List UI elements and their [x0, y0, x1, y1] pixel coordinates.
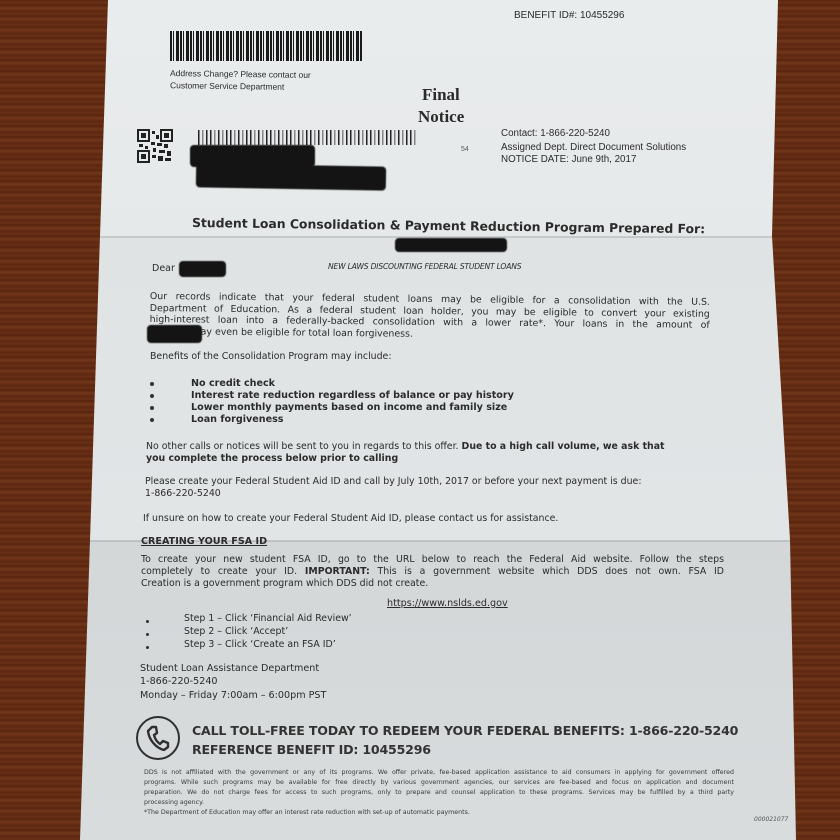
unsure-note: If unsure on how to create your Federal … — [143, 513, 558, 524]
dept-name: Student Loan Assistance Department — [140, 663, 319, 674]
fsa-step: Step 3 – Click ‘Create an FSA ID’ — [184, 639, 336, 650]
high-volume-note: you complete the process below prior to … — [146, 453, 398, 464]
no-other-calls: No other calls or notices will be sent t… — [146, 441, 665, 452]
fsa-paragraph: To create your new student FSA ID, go to… — [141, 554, 724, 590]
intro-paragraph: Our records indicate that your federal s… — [150, 291, 710, 343]
letter-page: BENEFIT ID#: 10455296 Address Change? Pl… — [0, 0, 840, 840]
salutation: Dear — [152, 263, 175, 274]
benefit-item: Lower monthly payments based on income a… — [191, 402, 507, 413]
redacted-recipient — [395, 238, 507, 252]
redacted-address — [196, 163, 386, 190]
title-notice: Notice — [418, 107, 464, 127]
benefit-id: BENEFIT ID#: 10455296 — [514, 10, 624, 21]
notice-date: NOTICE DATE: June 9th, 2017 — [501, 154, 636, 165]
postal-barcode-icon — [198, 130, 418, 145]
contact-phone: Contact: 1-866-220-5240 — [501, 128, 610, 139]
address-change-line2: Customer Service Department — [170, 80, 284, 92]
title-final: Final — [422, 85, 460, 105]
fold-crease-lower — [0, 540, 840, 542]
fsa-step: Step 2 – Click ‘Accept’ — [184, 626, 288, 637]
fsa-url-link[interactable]: https://www.nslds.ed.gov — [387, 598, 508, 609]
dept-hours: Monday – Friday 7:00am – 6:00pm PST — [140, 690, 326, 701]
benefit-item: Loan forgiveness — [191, 414, 284, 425]
dept-phone: 1-866-220-5240 — [140, 676, 218, 687]
create-id-phone: 1-866-220-5240 — [145, 488, 221, 499]
qr-code-icon — [137, 129, 173, 163]
create-id-instruction: Please create your Federal Student Aid I… — [145, 476, 641, 487]
fsa-heading: CREATING YOUR FSA ID — [141, 536, 267, 547]
barcode-icon — [170, 31, 363, 61]
disclaimer: DDS is not affiliated with the governmen… — [144, 768, 734, 818]
redacted-loan-amount — [147, 325, 202, 343]
benefits-intro: Benefits of the Consolidation Program ma… — [150, 351, 392, 362]
postal-suffix: 54 — [461, 146, 469, 153]
cta-call-line: CALL TOLL-FREE TODAY TO REDEEM YOUR FEDE… — [192, 723, 738, 738]
document-code: 000021077 — [754, 816, 788, 823]
program-heading: Student Loan Consolidation & Payment Red… — [192, 215, 705, 236]
cta-reference-line: REFERENCE BENEFIT ID: 10455296 — [192, 742, 431, 757]
benefit-item: No credit check — [191, 378, 275, 389]
redacted-salutation-name — [179, 261, 226, 277]
phone-icon — [136, 716, 180, 760]
address-change-line1: Address Change? Please contact our — [170, 68, 311, 80]
program-subheading: NEW LAWS DISCOUNTING FEDERAL STUDENT LOA… — [328, 262, 521, 271]
assigned-dept: Assigned Dept. Direct Document Solutions — [501, 142, 686, 153]
benefit-item: Interest rate reduction regardless of ba… — [191, 390, 514, 401]
fsa-step: Step 1 – Click ‘Financial Aid Review’ — [184, 613, 352, 624]
